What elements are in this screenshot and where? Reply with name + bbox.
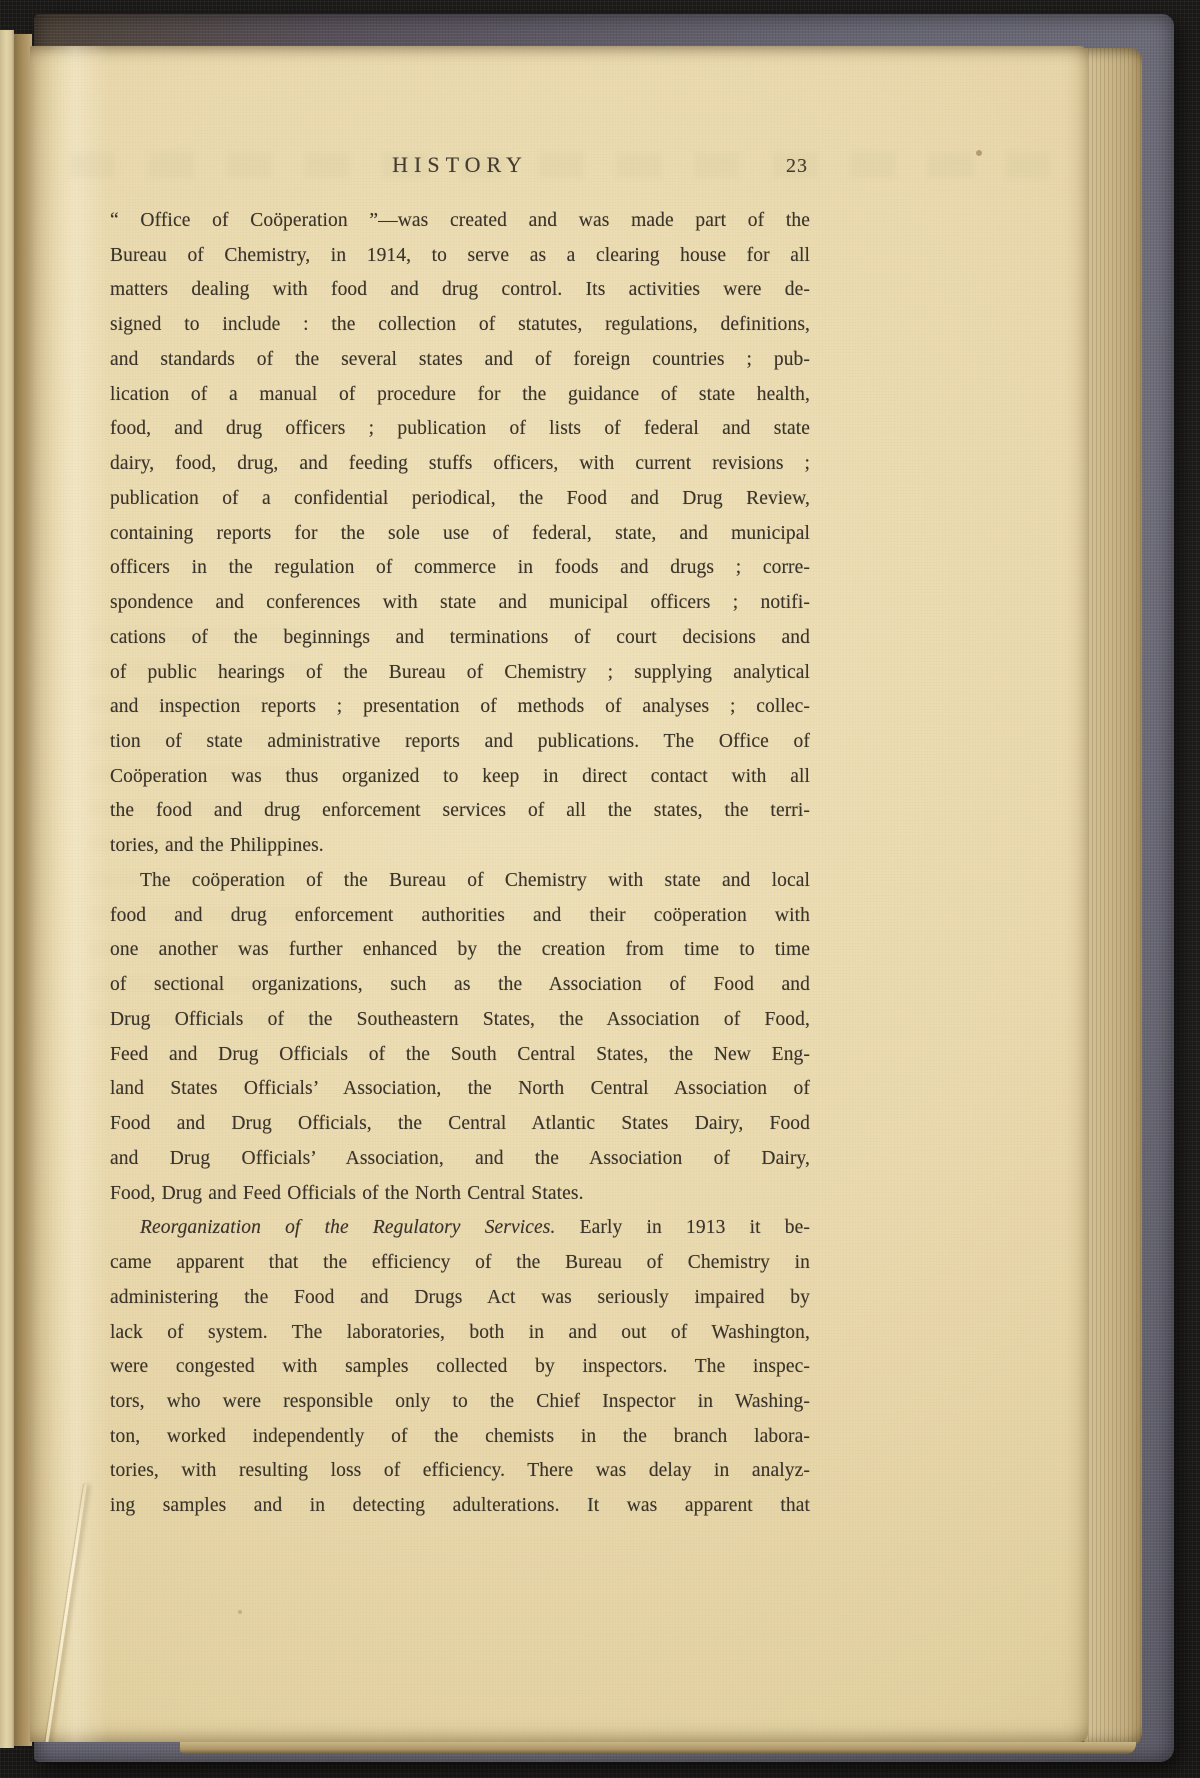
- text-line: and inspection reports ; presentation of…: [110, 690, 810, 725]
- book-photo: HISTORY 23 “ Office of Coöperation ”—was…: [0, 0, 1200, 1778]
- page-number: 23: [786, 155, 808, 178]
- text-line: lack of system. The laboratories, both i…: [110, 1316, 810, 1351]
- text-line: dairy, food, drug, and feeding stuffs of…: [110, 447, 810, 482]
- running-head-title: HISTORY: [110, 152, 810, 178]
- text-line: food and drug enforcement authorities an…: [110, 899, 810, 934]
- text-line: and standards of the several states and …: [110, 343, 810, 378]
- text-line: Food and Drug Officials, the Central Atl…: [110, 1107, 810, 1142]
- text-line: lication of a manual of procedure for th…: [110, 378, 810, 413]
- text-line: matters dealing with food and drug contr…: [110, 273, 810, 308]
- text-line: Coöperation was thus organized to keep i…: [110, 760, 810, 795]
- text-line: tories, with resulting loss of efficienc…: [110, 1454, 810, 1489]
- text-line: officers in the regulation of commerce i…: [110, 551, 810, 586]
- text-line: signed to include : the collection of st…: [110, 308, 810, 343]
- text-line: of public hearings of the Bureau of Chem…: [110, 656, 810, 691]
- text-line: Bureau of Chemistry, in 1914, to serve a…: [110, 239, 810, 274]
- text-line: “ Office of Coöperation ”—was created an…: [110, 204, 810, 239]
- text-line: land States Officials’ Association, the …: [110, 1072, 810, 1107]
- text-line: were congested with samples collected by…: [110, 1350, 810, 1385]
- text-line: tion of state administrative reports and…: [110, 725, 810, 760]
- fore-edge-page-stack: [1084, 48, 1142, 1748]
- body-text-block: “ Office of Coöperation ”—was created an…: [110, 204, 810, 1524]
- text-line: ing samples and in detecting adulteratio…: [110, 1489, 810, 1524]
- text-line: came apparent that the efficiency of the…: [110, 1246, 810, 1281]
- text-line: Feed and Drug Officials of the South Cen…: [110, 1038, 810, 1073]
- text-line: administering the Food and Drugs Act was…: [110, 1281, 810, 1316]
- page-crease: [43, 1484, 87, 1742]
- page-curl-highlight: [48, 46, 108, 1742]
- text-line: food, and drug officers ; publication of…: [110, 412, 810, 447]
- previous-page-edge: [0, 30, 14, 1748]
- text-line: spondence and conferences with state and…: [110, 586, 810, 621]
- book-page: HISTORY 23 “ Office of Coöperation ”—was…: [30, 46, 1088, 1742]
- text-line: Drug Officials of the Southeastern State…: [110, 1003, 810, 1038]
- foxing-speck: [238, 1610, 242, 1614]
- text-line: the food and drug enforcement services o…: [110, 794, 810, 829]
- text-line: tors, who were responsible only to the C…: [110, 1385, 810, 1420]
- text-line: Food, Drug and Feed Officials of the Nor…: [110, 1177, 810, 1212]
- running-head: HISTORY 23: [110, 152, 810, 186]
- text-line: The coöperation of the Bureau of Chemist…: [110, 864, 810, 899]
- foxing-speck: [976, 150, 982, 156]
- text-line: ton, worked independently of the chemist…: [110, 1420, 810, 1455]
- text-line: of sectional organizations, such as the …: [110, 968, 810, 1003]
- bottom-page-edges: [180, 1742, 1136, 1754]
- italic-lead-in: Reorganization of the Regulatory Service…: [140, 1217, 555, 1238]
- text-line: Reorganization of the Regulatory Service…: [110, 1211, 810, 1246]
- text-line: containing reports for the sole use of f…: [110, 517, 810, 552]
- text-line: and Drug Officials’ Association, and the…: [110, 1142, 810, 1177]
- text-line: publication of a confidential periodical…: [110, 482, 810, 517]
- text-line: cations of the beginnings and terminatio…: [110, 621, 810, 656]
- text-line: tories, and the Philippines.: [110, 829, 810, 864]
- text-line: one another was further enhanced by the …: [110, 933, 810, 968]
